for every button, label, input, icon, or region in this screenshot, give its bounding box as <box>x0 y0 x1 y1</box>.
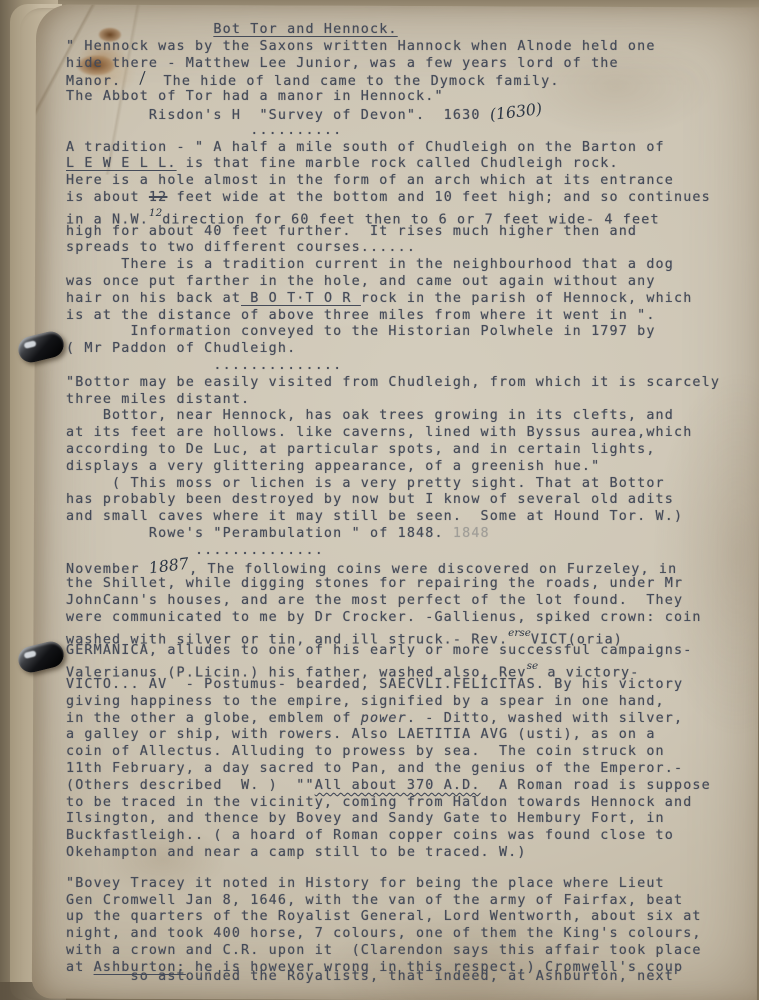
text-segment: feet wide at the bottom and 10 feet high… <box>167 190 711 205</box>
text-segment: A tradition - " A half a mile south of C… <box>66 140 665 155</box>
text-segment: hide there - Matthew Lee Junior, was a f… <box>66 56 619 71</box>
text-line: There is a tradition current in the neig… <box>66 257 742 274</box>
text-segment: November <box>66 562 149 577</box>
text-segment: is at the distance of above three miles … <box>66 308 656 323</box>
text-segment-u: L E W E L L. <box>66 156 177 171</box>
text-segment: and small caves where it may still be se… <box>66 509 683 524</box>
text-segment-u: B O T·T O R <box>241 291 361 306</box>
text-segment: a galley or ship, with rowers. Also LAET… <box>66 727 656 742</box>
text-line: A tradition - " A half a mile south of C… <box>66 140 742 157</box>
text-segment: at its feet are hollows. like caverns, l… <box>66 425 692 440</box>
text-line: Gen Cromwell Jan 8, 1646, with the van o… <box>66 893 742 910</box>
text-line: were communicated to me by Dr Crocker. -… <box>66 610 742 627</box>
text-line: ( This moss or lichen is a very pretty s… <box>66 476 742 493</box>
text-line: night, and took 400 horse, 7 colours, on… <box>66 926 742 943</box>
text-segment: ( This moss or lichen is a very pretty s… <box>66 476 665 491</box>
text-segment: "Bovey Tracey it noted in History for be… <box>66 876 665 891</box>
text-segment-ink-sup: se <box>527 658 539 675</box>
text-segment: with a crown and C.R. upon it (Clarendon… <box>66 943 702 958</box>
text-line: .......... <box>66 123 742 140</box>
text-segment: high for about 40 feet further. It rises… <box>66 224 637 239</box>
text-segment: hair on his back at <box>66 291 241 306</box>
page-title: Bot Tor and Hennock. <box>66 22 742 39</box>
text-line: "Bovey Tracey it noted in History for be… <box>66 876 742 893</box>
text-line: L E W E L L. is that fine marble rock ca… <box>66 156 742 173</box>
text-segment: Gen Cromwell Jan 8, 1646, with the van o… <box>66 893 683 908</box>
text-line: Here is a hole almost in the form of an … <box>66 173 742 190</box>
text-line: Okehampton and near a camp still to be t… <box>66 845 742 862</box>
text-line: was once put farther in the hole, and ca… <box>66 274 742 291</box>
text-segment: spreads to two different courses...... <box>66 240 416 255</box>
text-line: so astounded the Royalists, that indeed,… <box>66 969 742 986</box>
text-segment: coin of Allectus. Alluding to prowess by… <box>66 744 665 759</box>
text-line: .............. <box>66 358 742 375</box>
text-segment: displays a very glittering appearance, o… <box>66 459 600 474</box>
text-segment: night, and took 400 horse, 7 colours, on… <box>66 926 702 941</box>
text-line: 11th February, a day sacred to Pan, and … <box>66 761 742 778</box>
text-segment: , The following coins were discovered on… <box>189 562 677 577</box>
text-segment: .............. <box>66 358 342 373</box>
text-segment: so astounded the Royalists, that indeed,… <box>66 969 674 984</box>
text-segment: GERMANICA, alludes to one of his early o… <box>66 643 692 658</box>
text-segment: Risdon's H "Survey of Devon". 1630 <box>66 108 490 123</box>
text-segment-ink-sup: erse <box>508 625 531 642</box>
text-line: Manor. / The hide of land came to the Dy… <box>66 72 742 89</box>
text-line: coin of Allectus. Alluding to prowess by… <box>66 744 742 761</box>
text-line: according to De Luc, at particular spots… <box>66 442 742 459</box>
text-line: displays a very glittering appearance, o… <box>66 459 742 476</box>
text-segment: The hide of land came to the Dymock fami… <box>145 74 560 89</box>
text-line: up the quarters of the Royalist General,… <box>66 909 742 926</box>
text-line: hide there - Matthew Lee Junior, was a f… <box>66 56 742 73</box>
text-segment: .......... <box>66 123 342 138</box>
text-segment: in the other a globe, emblem of <box>66 711 361 726</box>
text-line: washed with silver or tin, and ill struc… <box>66 627 742 644</box>
text-segment: 11th February, a day sacred to Pan, and … <box>66 761 683 776</box>
text-segment: were communicated to me by Dr Crocker. -… <box>66 610 702 625</box>
text-line: with a crown and C.R. upon it (Clarendon… <box>66 943 742 960</box>
text-line: The Abbot of Tor had a manor in Hennock.… <box>66 89 742 106</box>
text-segment: " Hennock was by the Saxons written Hann… <box>66 39 656 54</box>
text-line: Ilsington, and thence by Bovey and Sandy… <box>66 811 742 828</box>
text-segment: is about <box>66 190 149 205</box>
text-segment: "Bottor may be easily visited from Chudl… <box>66 375 720 390</box>
text-segment: Information conveyed to the Historian Po… <box>66 324 656 339</box>
text-segment: Ilsington, and thence by Bovey and Sandy… <box>66 811 665 826</box>
text-line: spreads to two different courses...... <box>66 240 742 257</box>
text-segment: JohnCann's houses, and are the most perf… <box>66 593 683 608</box>
text-line: hair on his back at B O T·T O R rock in … <box>66 291 742 308</box>
text-segment: Manor. <box>66 74 140 89</box>
text-line: Valerianus (P.Licin.) his father, washed… <box>66 660 742 677</box>
text-line: three miles distant. <box>66 392 742 409</box>
text-segment: A Roman road is suppose <box>481 778 711 793</box>
text-line: in a N.W.12direction for 60 feet then to… <box>66 207 742 224</box>
text-segment: The Abbot of Tor had a manor in Hennock.… <box>66 89 444 104</box>
text-line: giving happiness to the empire, signifie… <box>66 694 742 711</box>
text-segment: Okehampton and near a camp still to be t… <box>66 845 527 860</box>
text-segment-ink: (1630) <box>489 101 543 124</box>
text-line: is at the distance of above three miles … <box>66 308 742 325</box>
text-segment: Rowe's "Perambulation " of 1848. <box>66 526 453 541</box>
text-line: JohnCann's houses, and are the most perf… <box>66 593 742 610</box>
text-segment: according to De Luc, at particular spots… <box>66 442 656 457</box>
text-segment <box>66 22 213 37</box>
text-segment: (Others described W. ) "" <box>66 778 315 793</box>
text-line: the Shillet, while digging stones for re… <box>66 576 742 593</box>
text-line: GERMANICA, alludes to one of his early o… <box>66 643 742 660</box>
text-line: Buckfastleigh.. ( a hoard of Roman coppe… <box>66 828 742 845</box>
text-segment: .............. <box>66 543 324 558</box>
text-segment: three miles distant. <box>66 392 250 407</box>
text-line: at its feet are hollows. like caverns, l… <box>66 425 742 442</box>
text-segment: the Shillet, while digging stones for re… <box>66 576 683 591</box>
text-segment: rock in the parish of Hennock, which <box>361 291 693 306</box>
text-segment: ( Mr Paddon of Chudleigh. <box>66 341 296 356</box>
text-line: in the other a globe, emblem of power. -… <box>66 711 742 728</box>
text-segment: up the quarters of the Royalist General,… <box>66 909 702 924</box>
document-text: Bot Tor and Hennock." Hennock was by the… <box>66 22 742 985</box>
text-line: to be traced in the vicinity, coming fro… <box>66 795 742 812</box>
text-segment: Bottor, near Hennock, has oak trees grow… <box>66 408 674 423</box>
text-segment-w: All about 370 A.D. <box>315 778 481 793</box>
text-line: a galley or ship, with rowers. Also LAET… <box>66 727 742 744</box>
text-segment: Here is a hole almost in the form of an … <box>66 173 674 188</box>
text-segment-faint: 1848 <box>453 526 490 541</box>
text-segment: is that fine marble rock called Chudleig… <box>177 156 619 171</box>
text-segment: There is a tradition current in the neig… <box>66 257 674 272</box>
text-line: Information conveyed to the Historian Po… <box>66 324 742 341</box>
text-segment-ink: 1887 <box>148 555 190 577</box>
text-line: Risdon's H "Survey of Devon". 1630 (1630… <box>66 106 742 123</box>
text-segment-u: Bot Tor and Hennock. <box>213 22 397 37</box>
text-segment: VICTO... AV - Postumus- bearded, SAECVLI… <box>66 677 683 692</box>
text-segment-ink: / <box>138 70 145 87</box>
text-line: is about 12 feet wide at the bottom and … <box>66 190 742 207</box>
text-line: (Others described W. ) ""All about 370 A… <box>66 778 742 795</box>
text-segment: giving happiness to the empire, signifie… <box>66 694 665 709</box>
text-line: Bottor, near Hennock, has oak trees grow… <box>66 408 742 425</box>
text-line: and small caves where it may still be se… <box>66 509 742 526</box>
text-segment: has probably been destroyed by now but I… <box>66 492 674 507</box>
text-segment: to be traced in the vicinity, coming fro… <box>66 795 692 810</box>
text-line: " Hennock was by the Saxons written Hann… <box>66 39 742 56</box>
text-segment-del: 12 <box>149 190 167 205</box>
text-segment: Buckfastleigh.. ( a hoard of Roman coppe… <box>66 828 674 843</box>
text-line: ( Mr Paddon of Chudleigh. <box>66 341 742 358</box>
text-segment: . - Ditto, washed with silver, <box>407 711 683 726</box>
text-line: has probably been destroyed by now but I… <box>66 492 742 509</box>
text-line: Rowe's "Perambulation " of 1848. 1848 <box>66 526 742 543</box>
text-line: November 1887, The following coins were … <box>66 560 742 577</box>
text-segment-ink-sup: 12 <box>149 205 162 222</box>
text-segment: was once put farther in the hole, and ca… <box>66 274 656 289</box>
text-segment-it: power <box>361 711 407 726</box>
text-line: VICTO... AV - Postumus- bearded, SAECVLI… <box>66 677 742 694</box>
scanned-page-photo: { "theme": { "paper": "#cdc5b4", "paper_… <box>0 0 759 1000</box>
text-line: "Bottor may be easily visited from Chudl… <box>66 375 742 392</box>
